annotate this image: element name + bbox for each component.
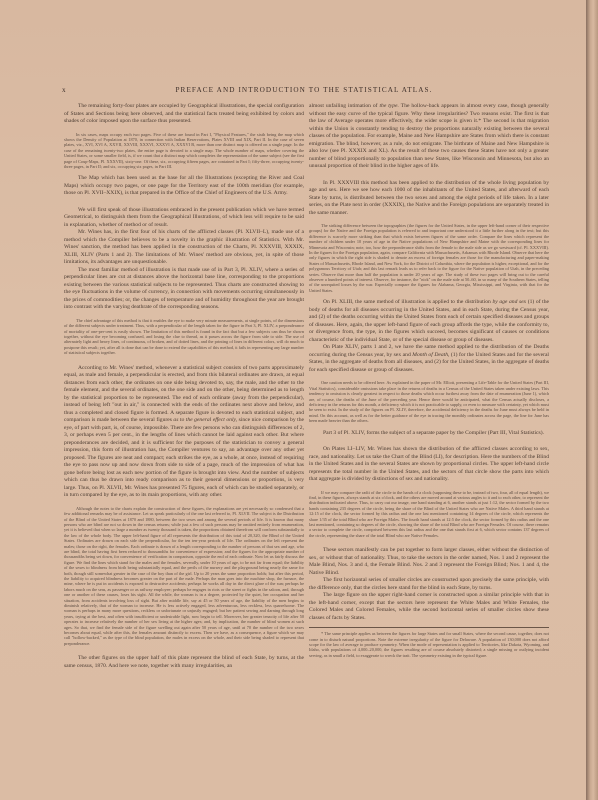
- paragraph: The other figures on the upper half of t…: [64, 655, 304, 670]
- paragraph: The Map which has been used as the base …: [64, 175, 304, 198]
- text-run: The hollow-back appears in almost every …: [309, 103, 549, 169]
- text-run: (1) of the body of deaths for all diseas…: [309, 299, 549, 343]
- note-paragraph: If we may compare the radii of the circl…: [309, 490, 549, 539]
- paragraph: We will first speak of those illustratio…: [64, 207, 304, 230]
- page-number: x: [62, 86, 66, 94]
- paragraph: The remaining forty-four plates are occu…: [64, 103, 304, 126]
- note-paragraph: Although the notes to the charts explain…: [64, 506, 304, 647]
- paragraph: On Pl. XLIII, the same method of illustr…: [309, 299, 549, 344]
- paragraph: These sectors manifestly can be put toge…: [309, 547, 549, 577]
- paragraph: almost unfailing intimation of the type.…: [309, 103, 549, 171]
- paragraph: On Plates LI–LIV, Mr. Wines has shown th…: [309, 446, 549, 484]
- paragraph: On Plate XLIV, parts 1 and 2, we have th…: [309, 344, 549, 374]
- emphasis-text: by age and sex: [492, 299, 526, 305]
- book-spine-edge: [586, 0, 598, 800]
- paragraph: In Pl. XXXVIII this method has been appl…: [309, 180, 549, 218]
- footnote-divider: [309, 627, 549, 628]
- footnote: * The same principle applies as between …: [309, 631, 549, 658]
- text-run: According to Mr. Wines' method, whenever…: [64, 365, 304, 424]
- note-paragraph: One caution needs to be offered here. As…: [309, 380, 549, 423]
- emphasis-text: Month of Death,: [412, 352, 449, 358]
- text-run: since nice comparison by the eye, of par…: [64, 417, 304, 498]
- paragraph: According to Mr. Wines' method, whenever…: [64, 365, 304, 500]
- right-column: almost unfailing intimation of the type.…: [309, 103, 549, 658]
- paragraph: Mr. Wines has, in the first four of his …: [64, 229, 304, 267]
- running-header: x PREFACE AND INTRODUCTION TO THE STATIS…: [62, 86, 546, 98]
- note-paragraph: In six cases, maps occupy each two pages…: [64, 132, 304, 170]
- emphasis-text: the type.: [379, 103, 398, 109]
- header-title: PREFACE AND INTRODUCTION TO THE STATISTI…: [175, 86, 432, 94]
- text-run: On Pl. XLIII, the same method of illustr…: [323, 299, 492, 305]
- emphasis-text: as to the general effect only,: [173, 417, 237, 423]
- left-column: The remaining forty-four plates are occu…: [64, 103, 304, 670]
- paragraph: The large figure on the upper right-hand…: [309, 592, 549, 622]
- paragraph: The most familiar method of illustration…: [64, 267, 304, 312]
- paragraph: Part 3 of Pl. XLIV, forms the subject of…: [309, 430, 549, 438]
- document-page: x PREFACE AND INTRODUCTION TO THE STATIS…: [0, 0, 586, 800]
- paragraph: The first horizontal series of smaller c…: [309, 577, 549, 592]
- note-paragraph: The striking difference between the topo…: [309, 223, 549, 293]
- text-run: almost unfailing intimation of: [309, 103, 379, 109]
- note-paragraph: The chief advantage of this method is th…: [64, 318, 304, 356]
